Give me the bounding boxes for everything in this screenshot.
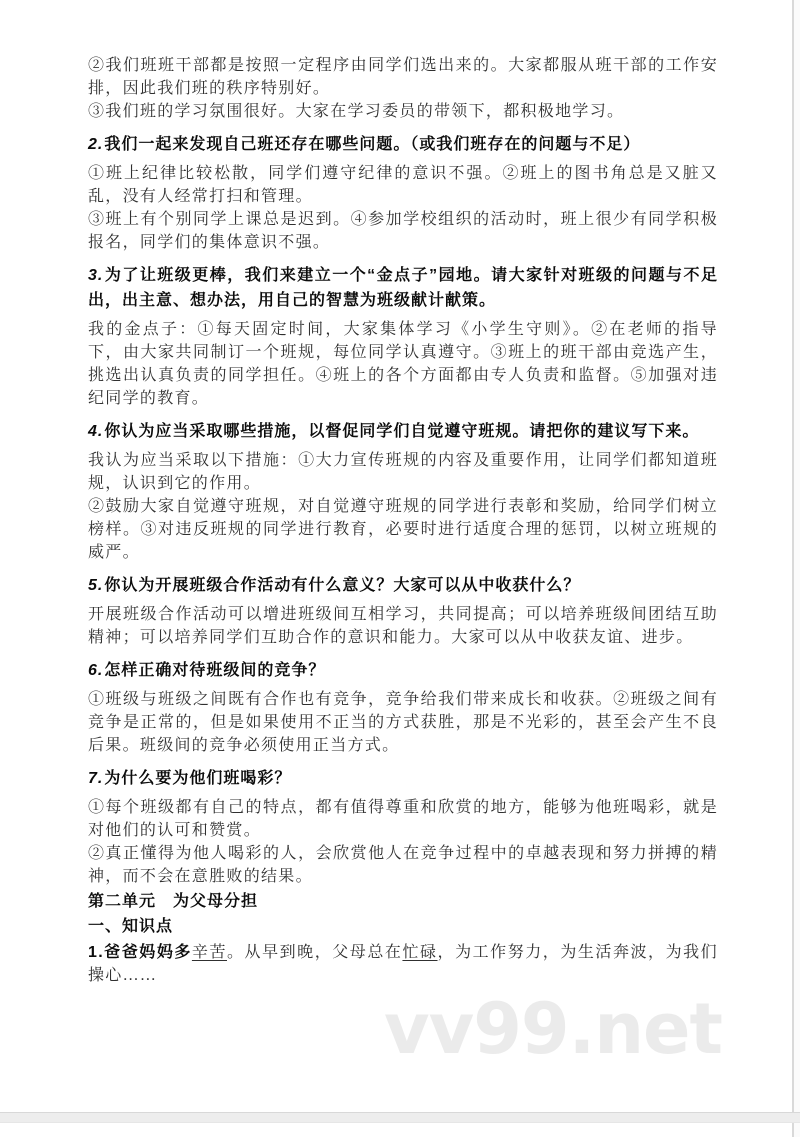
answer-paragraph: ①班上纪律比较松散，同学们遵守纪律的意识不强。②班上的图书角总是又脏又乱，没有人… xyxy=(88,162,718,208)
answer-paragraph: ②我们班班干部都是按照一定程序由同学们选出来的。大家都服从班干部的工作安排，因此… xyxy=(88,54,718,100)
page-right-gutter xyxy=(794,0,800,1137)
question-text: 为了让班级更棒，我们来建立一个“金点子”园地。请大家针对班级的问题与不足出，出主… xyxy=(88,267,718,309)
page-divider xyxy=(0,1112,800,1123)
answer-paragraph: 开展班级合作活动可以增进班级间互相学习，共同提高；可以培养班级间团结互助精神；可… xyxy=(88,603,718,649)
answer-paragraph: ①班级与班级之间既有合作也有竞争，竞争给我们带来成长和收获。②班级之间有竞争是正… xyxy=(88,688,718,757)
answer-paragraph: ③班上有个别同学上课总是迟到。④参加学校组织的活动时，班上很少有同学积极报名，同… xyxy=(88,208,718,254)
question-number: 5. xyxy=(88,577,103,594)
question-number: 6. xyxy=(88,662,103,679)
answer-paragraph: 我的金点子：①每天固定时间，大家集体学习《小学生守则》。②在老师的指导下，由大家… xyxy=(88,318,718,410)
answer-paragraph: ②真正懂得为他人喝彩的人，会欣赏他人在竞争过程中的卓越表现和努力拼搏的精神，而不… xyxy=(88,842,718,888)
question-number: 7. xyxy=(88,770,103,787)
document-content: ②我们班班干部都是按照一定程序由同学们选出来的。大家都服从班干部的工作安排，因此… xyxy=(88,54,718,987)
question-4-heading: 4.你认为应当采取哪些措施，以督促同学们自觉遵守班规。请把你的建议写下来。 xyxy=(88,419,718,444)
watermark-text: vv99.net xyxy=(384,998,722,1060)
page-edge-line xyxy=(792,0,794,1137)
answer-paragraph: ③我们班的学习氛围很好。大家在学习委员的带领下，都积极地学习。 xyxy=(88,100,718,123)
question-number: 2. xyxy=(88,136,103,153)
question-number: 4. xyxy=(88,423,103,440)
question-text: 怎样正确对待班级间的竞争？ xyxy=(104,662,325,679)
answer-paragraph: ②鼓励大家自觉遵守班规，对自觉遵守班规的同学进行表彰和奖励，给同学们树立榜样。③… xyxy=(88,495,718,564)
question-text: 你认为应当采取哪些措施，以督促同学们自觉遵守班规。请把你的建议写下来。 xyxy=(104,423,699,440)
question-3-heading: 3.为了让班级更棒，我们来建立一个“金点子”园地。请大家针对班级的问题与不足出，… xyxy=(88,263,718,313)
knowledge-points-subheading: 一、知识点 xyxy=(88,915,718,939)
knowledge-point-lead: 1.爸爸妈妈多 xyxy=(88,944,192,961)
knowledge-point-1: 1.爸爸妈妈多辛苦。从早到晚，父母总在忙碌，为工作努力，为生活奔波，为我们操心…… xyxy=(88,941,718,987)
question-text: 你认为开展班级合作活动有什么意义？大家可以从中收获什么？ xyxy=(104,577,580,594)
question-5-heading: 5.你认为开展班级合作活动有什么意义？大家可以从中收获什么？ xyxy=(88,573,718,598)
question-2-heading: 2.我们一起来发现自己班还存在哪些问题。（或我们班存在的问题与不足） xyxy=(88,132,718,157)
question-6-heading: 6.怎样正确对待班级间的竞争？ xyxy=(88,658,718,683)
answer-paragraph: 我认为应当采取以下措施：①大力宣传班规的内容及重要作用，让同学们都知道班规，认识… xyxy=(88,449,718,495)
question-text: 我们一起来发现自己班还存在哪些问题。（或我们班存在的问题与不足） xyxy=(104,136,640,153)
question-text: 为什么要为他们班喝彩？ xyxy=(104,770,291,787)
unit-2-title: 第二单元 为父母分担 xyxy=(88,890,718,914)
answer-paragraph: ①每个班级都有自己的特点，都有值得尊重和欣赏的地方，能够为他班喝彩，就是对他们的… xyxy=(88,796,718,842)
question-7-heading: 7.为什么要为他们班喝彩？ xyxy=(88,766,718,791)
document-page: ②我们班班干部都是按照一定程序由同学们选出来的。大家都服从班干部的工作安排，因此… xyxy=(0,0,800,1137)
underlined-term: 忙碌 xyxy=(402,944,437,961)
question-number: 3. xyxy=(88,267,103,284)
knowledge-point-text: 。从早到晚，父母总在 xyxy=(227,944,402,961)
underlined-term: 辛苦 xyxy=(192,944,227,961)
